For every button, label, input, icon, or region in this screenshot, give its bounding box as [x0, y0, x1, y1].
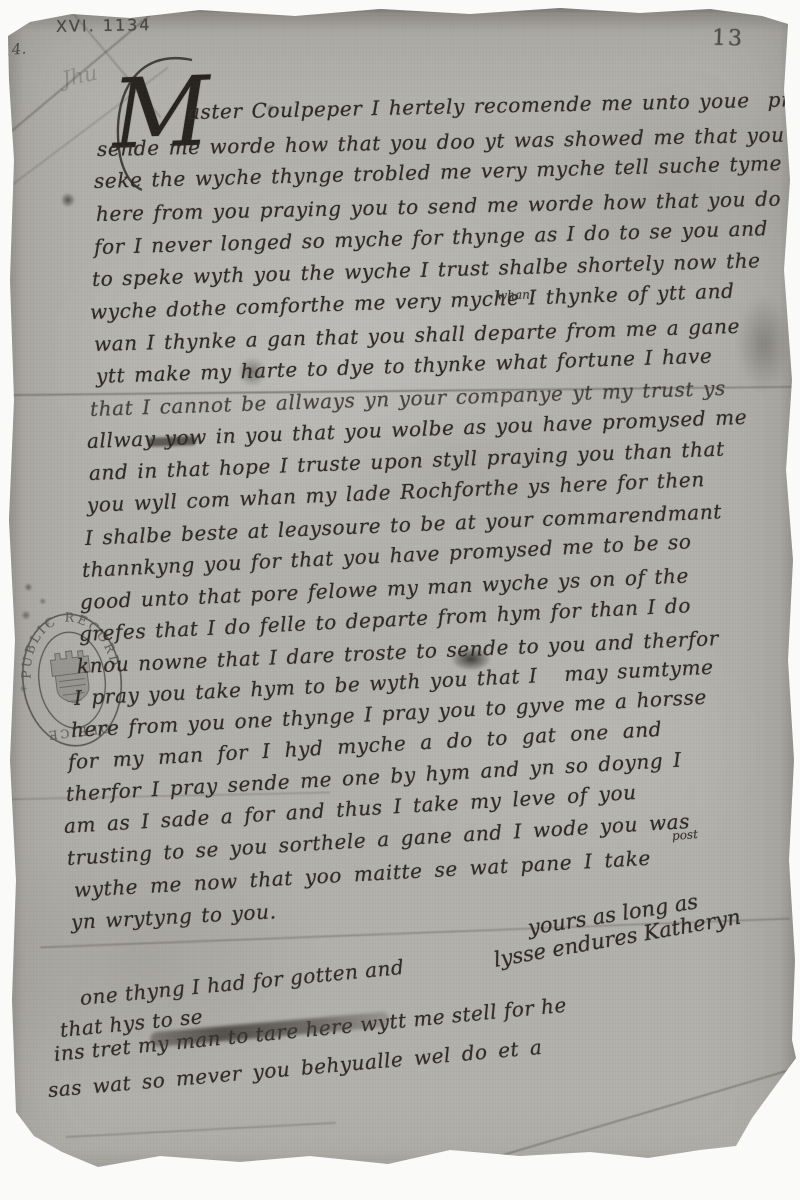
ink-stain	[60, 193, 76, 207]
corner-crease	[415, 1061, 800, 1182]
photograph-background: XVI. 1134 Jhu 13 M aster Coulpeper I her…	[0, 0, 800, 1200]
interlinear-insertion-post: post	[672, 827, 699, 843]
corner-crease	[66, 1122, 336, 1138]
archival-reference: XVI. 1134	[56, 15, 152, 36]
letter-line: aster Coulpeper I hertely recomende me u…	[188, 85, 800, 124]
manuscript-paper: XVI. 1134 Jhu 13 M aster Coulpeper I her…	[0, 0, 800, 1200]
postscript-line: one thyng I had for gotten and	[79, 955, 405, 1010]
edge-shadow	[736, 296, 792, 392]
interlinear-insertion-whan: whan	[497, 287, 530, 302]
stamp-star: ✳	[19, 684, 28, 695]
folio-number-stamp: 13	[712, 25, 745, 51]
faint-corner-note: Jhu	[60, 61, 100, 92]
letter-line: yn wrytyng to you.	[70, 899, 277, 934]
